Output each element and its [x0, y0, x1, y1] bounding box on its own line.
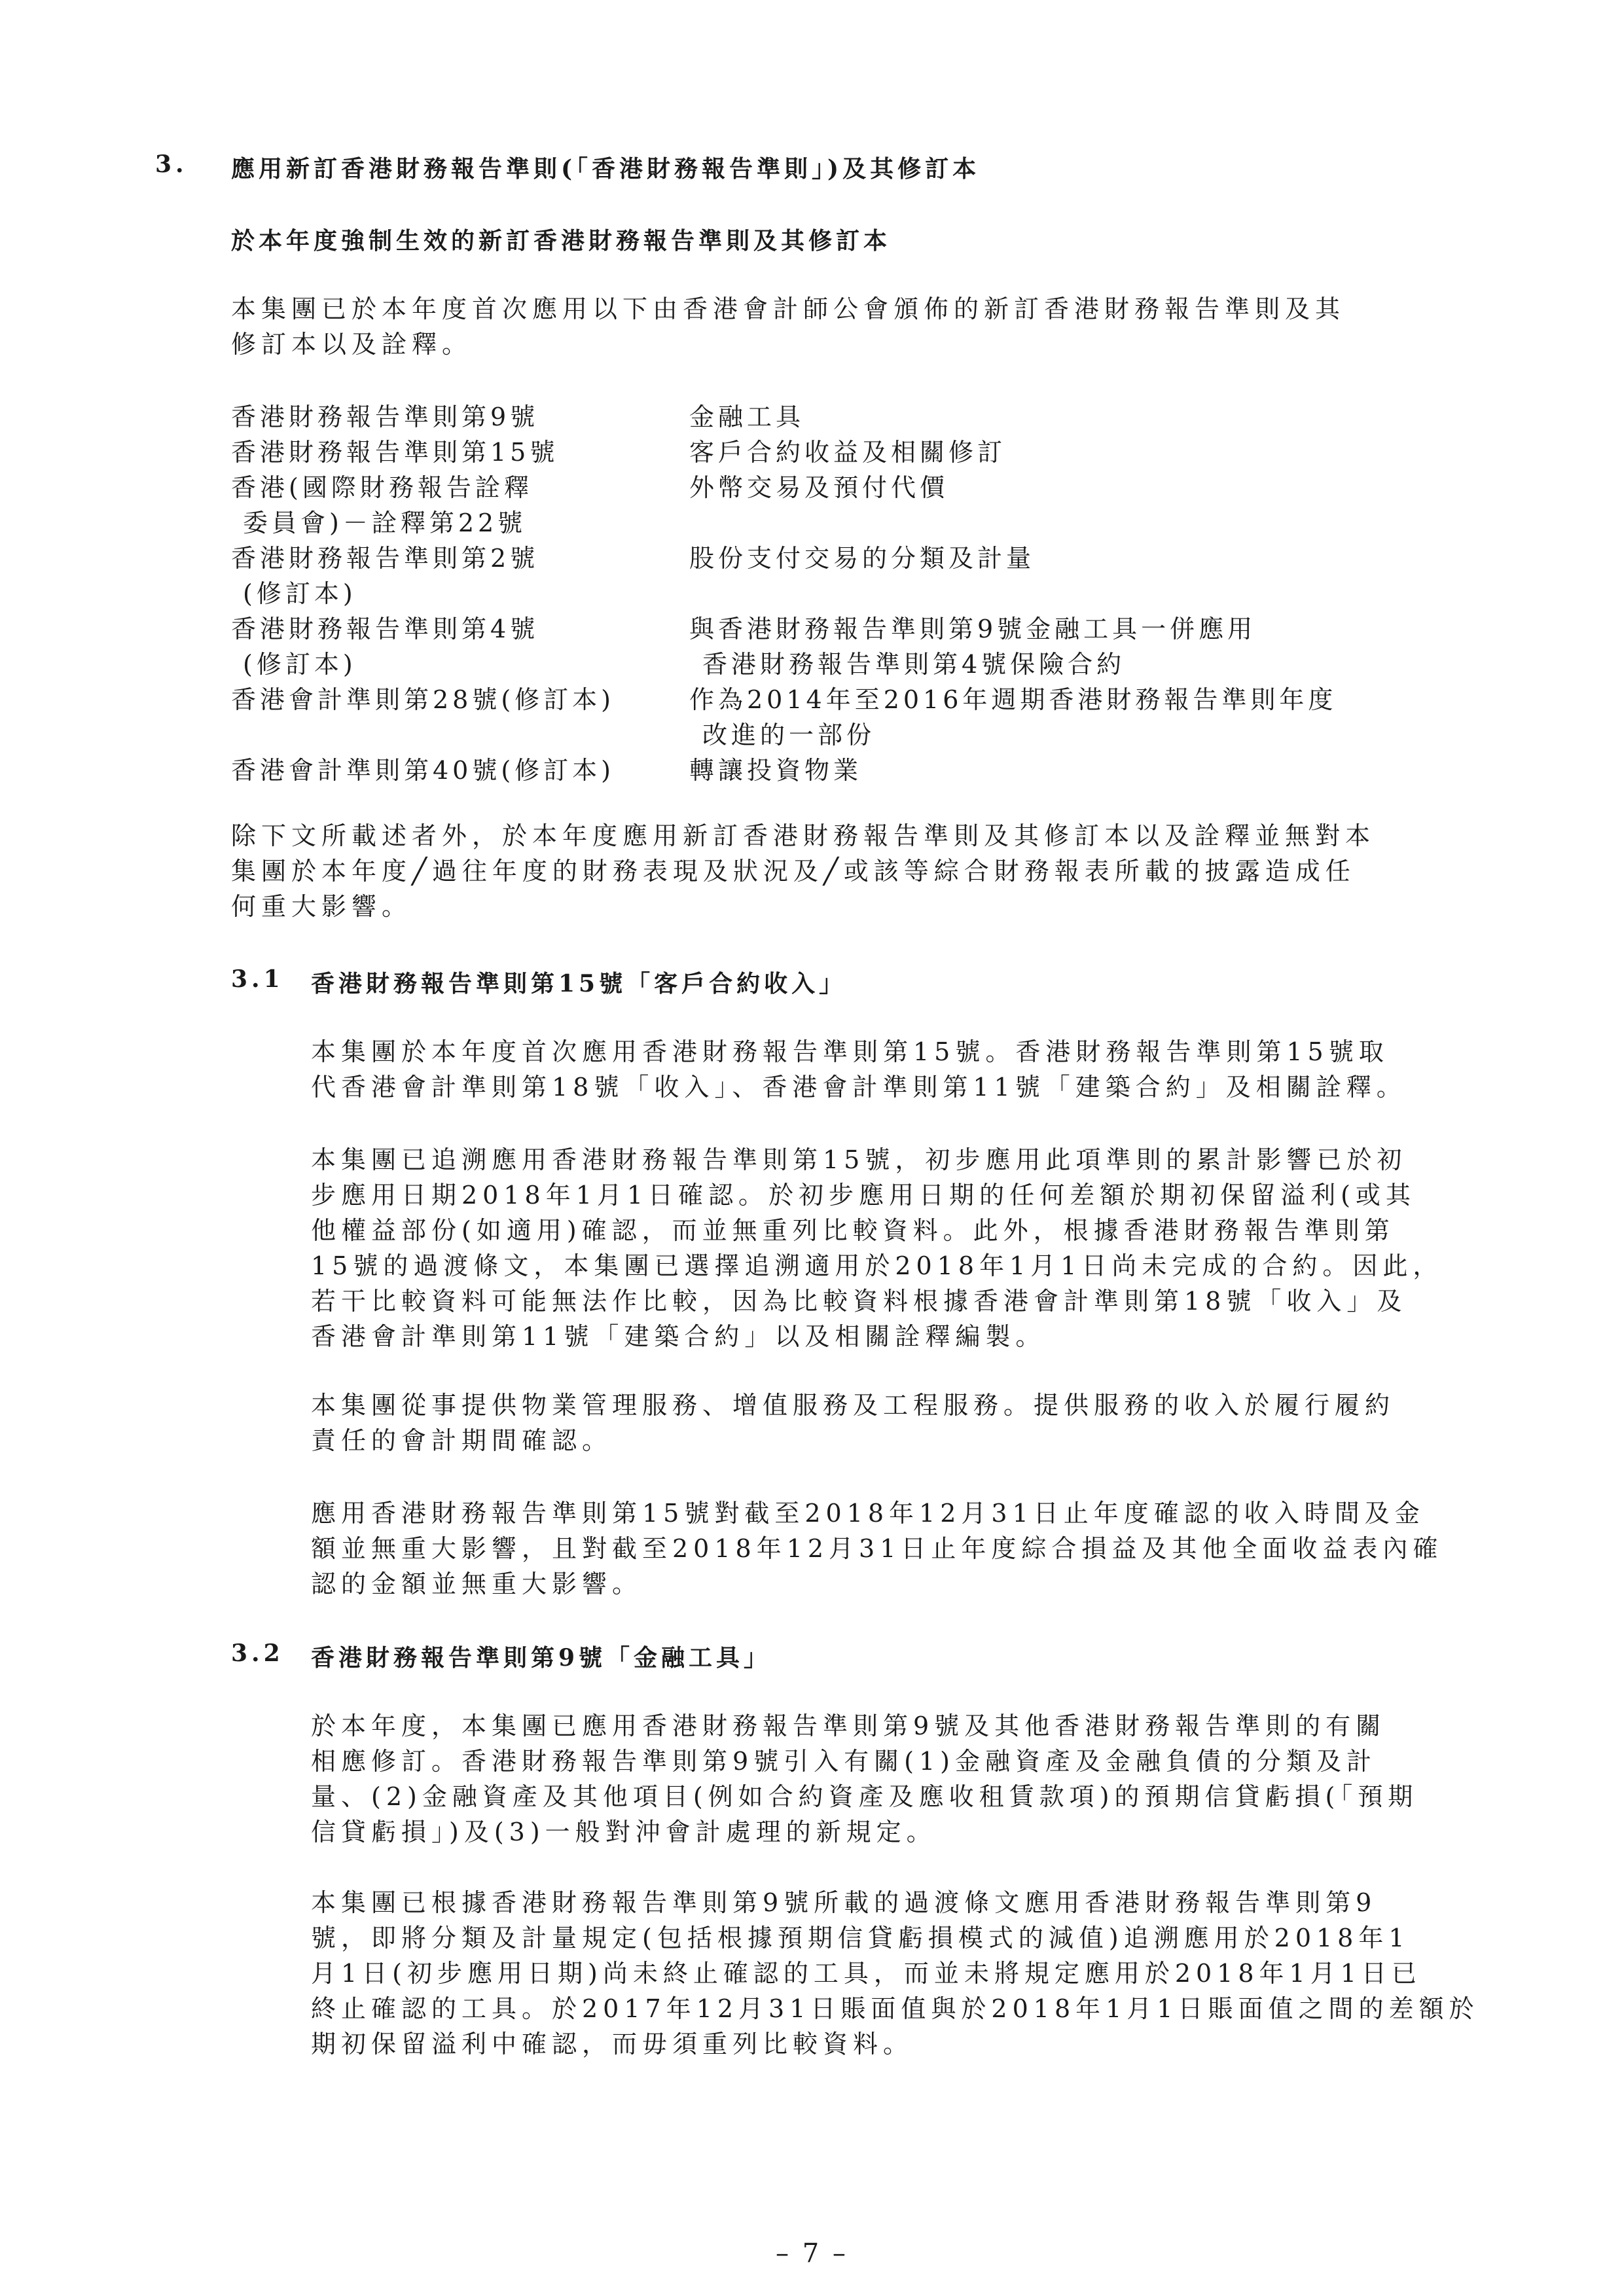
section-3-1-paragraph: 本集團已追溯應用香港財務報告準則第15號，初步應用此項準則的累計影響已於初 步應… [311, 1142, 1463, 1354]
standards-row: 香港財務報告準則第15號 客戶合約收益及相關修訂 [231, 435, 1462, 470]
summary-paragraph: 除下文所載述者外，於本年度應用新訂香港財務報告準則及其修訂本以及詮釋並無對本 集… [231, 818, 1462, 924]
section-3-2-paragraph: 本集團已根據香港財務報告準則第9號所載的過渡條文應用香港財務報告準則第9 號，即… [311, 1885, 1463, 2062]
standards-table: 香港財務報告準則第9號 金融工具 香港財務報告準則第15號 客戶合約收益及相關修… [231, 399, 1462, 788]
standards-row: 香港財務報告準則第2號 (修訂本) 股份支付交易的分類及計量 [231, 541, 1462, 611]
standards-row: 香港財務報告準則第9號 金融工具 [231, 399, 1462, 435]
standards-row: 香港會計準則第28號(修訂本) 作為2014年至2016年週期香港財務報告準則年… [231, 682, 1462, 753]
standards-row: 香港財務報告準則第4號 (修訂本) 與香港財務報告準則第9號金融工具一併應用 香… [231, 611, 1462, 682]
subheading: 於本年度強制生效的新訂香港財務報告準則及其修訂本 [231, 223, 891, 256]
section-3-1-paragraph: 本集團從事提供物業管理服務、增值服務及工程服務。提供服務的收入於履行履約 責任的… [311, 1388, 1463, 1458]
section-3-2-paragraph: 於本年度，本集團已應用香港財務報告準則第9號及其他香港財務報告準則的有關 相應修… [311, 1708, 1463, 1850]
standards-row: 香港(國際財務報告詮釋 委員會)－詮釋第22號 外幣交易及預付代價 [231, 470, 1462, 541]
document-page: 3. 應用新訂香港財務報告準則(「香港財務報告準則」)及其修訂本 於本年度強制生… [0, 0, 1624, 2296]
section-3-1-paragraph: 本集團於本年度首次應用香港財務報告準則第15號。香港財務報告準則第15號取 代香… [311, 1034, 1463, 1105]
section-title: 應用新訂香港財務報告準則(「香港財務報告準則」)及其修訂本 [231, 151, 980, 184]
intro-paragraph: 本集團已於本年度首次應用以下由香港會計師公會頒佈的新訂香港財務報告準則及其 修訂… [231, 291, 1462, 362]
section-number: 3. [155, 151, 188, 178]
standards-row: 香港會計準則第40號(修訂本) 轉讓投資物業 [231, 753, 1462, 788]
section-3-1-paragraph: 應用香港財務報告準則第15號對截至2018年12月31日止年度確認的收入時間及金… [311, 1496, 1463, 1602]
page-number: – 7 – [0, 2238, 1624, 2269]
